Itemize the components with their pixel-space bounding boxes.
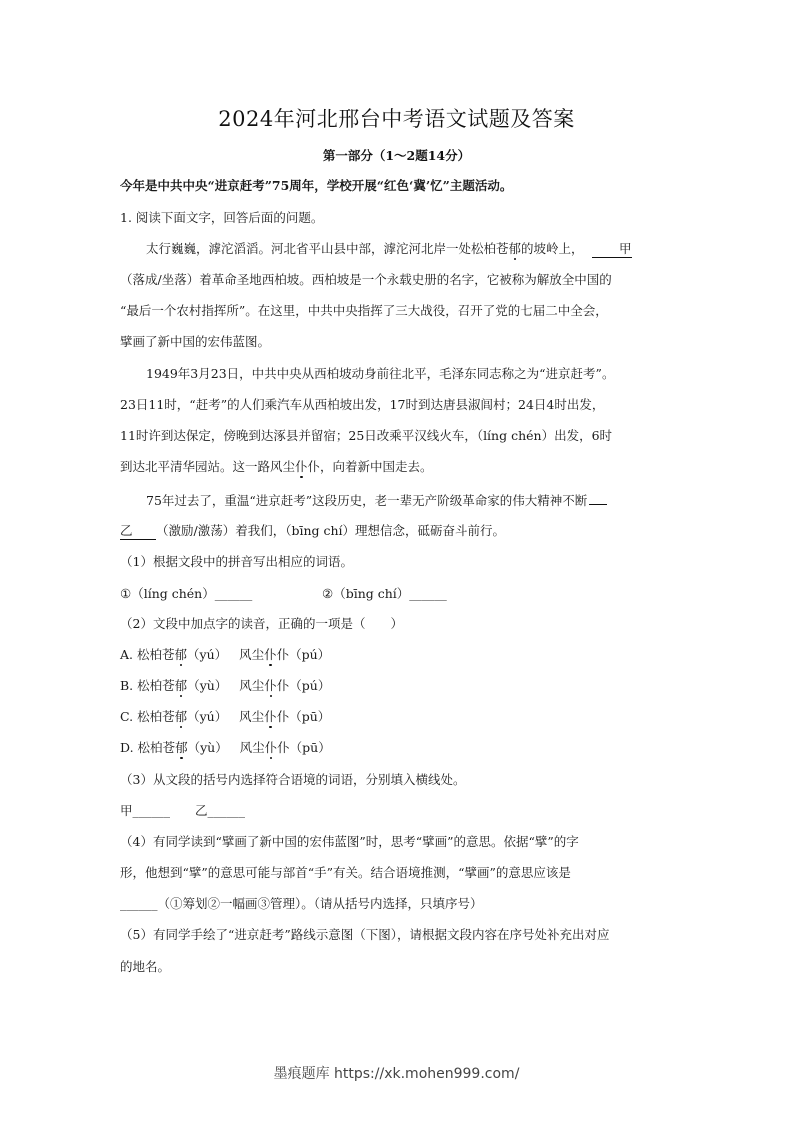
option-b: B. 松柏苍郁（yù） 风尘仆仆（pú） — [120, 676, 330, 694]
text: 仆 — [277, 647, 290, 662]
option-label: B. — [120, 678, 133, 693]
sub4-line3: ______（①筹划②一幅画③管理）。（请从括号内选择，只填序号） — [120, 894, 483, 912]
section-heading: 第一部分（1～2题14分） — [0, 146, 793, 164]
pinyin: （pū） — [290, 740, 331, 755]
passage-p1-line2: （落成/坐落）着革命圣地西柏坡。西柏坡是一个永载史册的名字，它被称为解放全中国的 — [120, 270, 612, 288]
blank-jia: 甲 — [592, 239, 632, 258]
text: （激励/激荡）着我们，（bīng chí）理想信念，砥砺奋斗前行。 — [156, 523, 505, 538]
sub4-line2: 形，他想到“擘”的意思可能与部首“手”有关。结合语境推测，“擘画”的意思应该是 — [120, 863, 571, 881]
emphasis-char: 仆 — [264, 709, 277, 724]
text: 仆 — [277, 678, 290, 693]
text: 风尘 — [239, 678, 264, 693]
text: 太行巍巍，滹沱滔滔。河北省平山县中部，滹沱河北岸一处松柏苍 — [146, 241, 509, 256]
passage-p1-line3: “最后一个农村指挥所”。在这里，中共中央指挥了三大战役，召开了党的七届二中全会， — [120, 301, 608, 319]
text: 仆 — [277, 740, 290, 755]
pinyin: （yú） — [187, 709, 227, 724]
pinyin: （yù） — [187, 678, 227, 693]
passage-p1-line4: 擘画了新中国的宏伟蓝图。 — [120, 332, 270, 350]
option-label: C. — [120, 709, 133, 724]
text: 松柏苍 — [138, 740, 176, 755]
question1-prompt: 1. 阅读下面文字，回答后面的问题。 — [120, 208, 323, 226]
passage-p3-line2: 乙（激励/激荡）着我们，（bīng chí）理想信念，砥砺奋斗前行。 — [120, 521, 505, 540]
footer-watermark: 墨痕题库 https://xk.mohen999.com/ — [0, 1063, 793, 1083]
sub2-prompt: （2）文段中加点字的读音，正确的一项是（ ） — [120, 614, 403, 632]
blank-yi: 乙 — [120, 521, 156, 540]
emphasis-char: 郁 — [175, 647, 188, 662]
pinyin: （pú） — [289, 678, 330, 693]
text: 仆，向着新中国走去。 — [308, 459, 433, 474]
emphasis-char: 郁 — [175, 709, 188, 724]
option-a: A. 松柏苍郁（yú） 风尘仆仆（pú） — [120, 645, 330, 663]
exam-page: 2024年河北邢台中考语文试题及答案 第一部分（1～2题14分） 今年是中共中央… — [0, 0, 793, 1122]
text: 风尘 — [240, 740, 265, 755]
passage-p2-line1: 1949年3月23日，中共中央从西柏坡动身前往北平，毛泽东同志称之为“进京赶考”… — [146, 364, 614, 382]
text: 风尘 — [239, 709, 264, 724]
sub1-item1: ①（líng chén）______ — [120, 584, 252, 602]
passage-p2-line3: 11时许到达保定，傍晚到达涿县并留宿；25日改乘平汉线火车，（líng chén… — [120, 426, 612, 444]
blank-yi-start — [589, 490, 607, 505]
sub5-line1: （5）有同学手绘了“进京赶考”路线示意图（下图），请根据文段内容在序号处补充出对… — [120, 925, 610, 943]
sub4-line1: （4）有同学读到“擘画了新中国的宏伟蓝图”时，思考“擘画”的意思。依据“擘”的字 — [120, 832, 579, 850]
pinyin: （yù） — [188, 740, 228, 755]
document-title: 2024年河北邢台中考语文试题及答案 — [0, 103, 793, 133]
passage-p3-line1: 75年过去了，重温“进京赶考”这段历史，老一辈无产阶级革命家的伟大精神不断 — [146, 490, 607, 509]
intro-text: 今年是中共中央“进京赶考”75周年，学校开展“红色‘冀’忆”主题活动。 — [120, 176, 512, 194]
passage-p2-line2: 23日11时，“赶考”的人们乘汽车从西柏坡出发，17时到达唐县淑闾村；24日4时… — [120, 395, 604, 413]
emphasis-char: 仆 — [264, 647, 277, 662]
emphasis-char: 仆 — [264, 678, 277, 693]
sub1-item2: ②（bīng chí）______ — [322, 584, 447, 602]
text: 松柏苍 — [137, 678, 175, 693]
sub1-prompt: （1）根据文段中的拼音写出相应的词语。 — [120, 552, 353, 570]
pinyin: （pū） — [289, 709, 330, 724]
emphasis-char: 郁 — [175, 678, 188, 693]
pinyin: （yú） — [187, 647, 227, 662]
text: 仆 — [277, 709, 290, 724]
text: 风尘 — [239, 647, 264, 662]
text: 松柏苍 — [137, 709, 175, 724]
emphasis-char: 仆 — [265, 740, 278, 755]
emphasis-char-yu: 郁 — [509, 241, 522, 256]
emphasis-char: 郁 — [175, 740, 188, 755]
option-label: D. — [120, 740, 134, 755]
sub5-line2: 的地名。 — [120, 957, 170, 975]
pinyin: （pú） — [289, 647, 330, 662]
passage-p2-line4: 到达北平清华园站。这一路风尘仆仆，向着新中国走去。 — [120, 457, 433, 475]
text: 的坡岭上， — [521, 241, 584, 256]
option-label: A. — [120, 647, 133, 662]
option-c: C. 松柏苍郁（yú） 风尘仆仆（pū） — [120, 707, 330, 725]
text: 75年过去了，重温“进京赶考”这段历史，老一辈无产阶级革命家的伟大精神不断 — [146, 493, 587, 508]
sub3-answer-line: 甲______ 乙______ — [120, 801, 245, 819]
passage-p1-line1: 太行巍巍，滹沱滔滔。河北省平山县中部，滹沱河北岸一处松柏苍郁的坡岭上，甲 — [146, 239, 632, 258]
option-d: D. 松柏苍郁（yù） 风尘仆仆（pū） — [120, 738, 331, 756]
text: 到达北平清华园站。这一路风尘 — [120, 459, 295, 474]
emphasis-char-pu: 仆 — [295, 459, 308, 474]
sub3-prompt: （3）从文段的括号内选择符合语境的词语，分别填入横线处。 — [120, 770, 465, 788]
text: 松柏苍 — [137, 647, 175, 662]
